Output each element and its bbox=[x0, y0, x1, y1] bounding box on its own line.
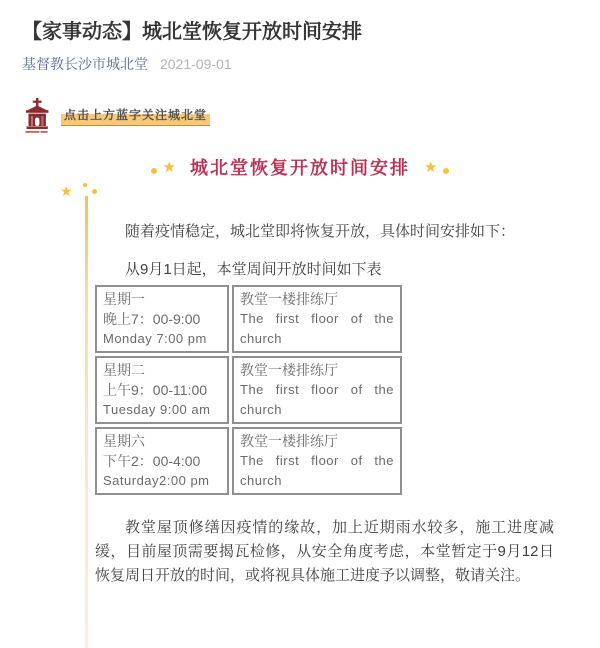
follow-hint-text: 点击上方蓝字关注城北堂 bbox=[61, 106, 210, 126]
place-cn-label: 教堂一楼排练厅 bbox=[240, 360, 394, 380]
schedule-table: 星期一 晚上7：00-9:00 Monday 7:00 pm 教堂一楼排练厅 T… bbox=[92, 282, 405, 498]
table-row: 星期一 晚上7：00-9:00 Monday 7:00 pm 教堂一楼排练厅 T… bbox=[95, 285, 402, 353]
time-cell: 星期六 下午2：00-4:00 Saturday2:00 pm bbox=[95, 427, 229, 495]
account-name-link[interactable]: 基督教长沙市城北堂 bbox=[22, 54, 148, 74]
day-label: 星期六 bbox=[103, 431, 221, 451]
byline: 基督教长沙市城北堂 2021-09-01 bbox=[22, 54, 600, 74]
paragraph-schedule-lead: 从9月1日起，本堂周间开放时间如下表 bbox=[95, 258, 554, 282]
article-page: 【家事动态】城北堂恢复开放时间安排 基督教长沙市城北堂 2021-09-01 点… bbox=[0, 0, 600, 648]
gold-star-icon: ★ bbox=[163, 160, 176, 175]
place-cell: 教堂一楼排练厅 The first floor of the church bbox=[232, 356, 402, 424]
time-cell: 星期二 上午9：00-11:00 Tuesday 9:00 am bbox=[95, 356, 229, 424]
time-en-label: Monday 7:00 pm bbox=[103, 329, 221, 349]
gold-star-icon: ★ bbox=[424, 160, 437, 175]
day-label: 星期一 bbox=[103, 289, 221, 309]
publish-date: 2021-09-01 bbox=[160, 54, 232, 74]
gold-star-icon: ★ bbox=[60, 184, 73, 199]
place-cn-label: 教堂一楼排练厅 bbox=[240, 289, 394, 309]
time-cell: 星期一 晚上7：00-9:00 Monday 7:00 pm bbox=[95, 285, 229, 353]
place-en-label: The first floor of the church bbox=[240, 380, 394, 420]
church-logo-icon bbox=[22, 98, 52, 134]
article-body: 随着疫情稳定，城北堂即将恢复开放，具体时间安排如下： 从9月1日起，本堂周间开放… bbox=[95, 220, 554, 588]
vertical-gold-line bbox=[85, 196, 88, 648]
place-cn-label: 教堂一楼排练厅 bbox=[240, 431, 394, 451]
gold-dot-icon bbox=[92, 189, 97, 194]
decor-star-cluster: ★ bbox=[60, 182, 104, 202]
gold-dot-icon bbox=[83, 183, 87, 187]
time-cn-label: 下午2：00-4:00 bbox=[103, 451, 221, 471]
table-row: 星期六 下午2：00-4:00 Saturday2:00 pm 教堂一楼排练厅 … bbox=[95, 427, 402, 495]
article-title: 【家事动态】城北堂恢复开放时间安排 bbox=[0, 0, 600, 46]
place-en-label: The first floor of the church bbox=[240, 451, 394, 491]
time-cn-label: 上午9：00-11:00 bbox=[103, 380, 221, 400]
time-cn-label: 晚上7：00-9:00 bbox=[103, 309, 221, 329]
place-cell: 教堂一楼排练厅 The first floor of the church bbox=[232, 285, 402, 353]
time-en-label: Saturday2:00 pm bbox=[103, 471, 221, 491]
follow-banner: 点击上方蓝字关注城北堂 bbox=[22, 98, 600, 134]
table-row: 星期二 上午9：00-11:00 Tuesday 9:00 am 教堂一楼排练厅… bbox=[95, 356, 402, 424]
time-en-label: Tuesday 9:00 am bbox=[103, 400, 221, 420]
day-label: 星期二 bbox=[103, 360, 221, 380]
place-cell: 教堂一楼排练厅 The first floor of the church bbox=[232, 427, 402, 495]
gold-dot-icon bbox=[443, 168, 449, 174]
paragraph-notice: 教堂屋顶修缮因疫情的缘故，加上近期雨水较多，施工进度减缓，目前屋顶需要揭瓦检修，… bbox=[95, 516, 554, 588]
section-heading: ★ 城北堂恢复开放时间安排 ★ bbox=[0, 154, 600, 180]
paragraph-intro: 随着疫情稳定，城北堂即将恢复开放，具体时间安排如下： bbox=[95, 220, 554, 244]
section-heading-text: 城北堂恢复开放时间安排 bbox=[190, 154, 410, 180]
place-en-label: The first floor of the church bbox=[240, 309, 394, 349]
gold-dot-icon bbox=[151, 168, 157, 174]
